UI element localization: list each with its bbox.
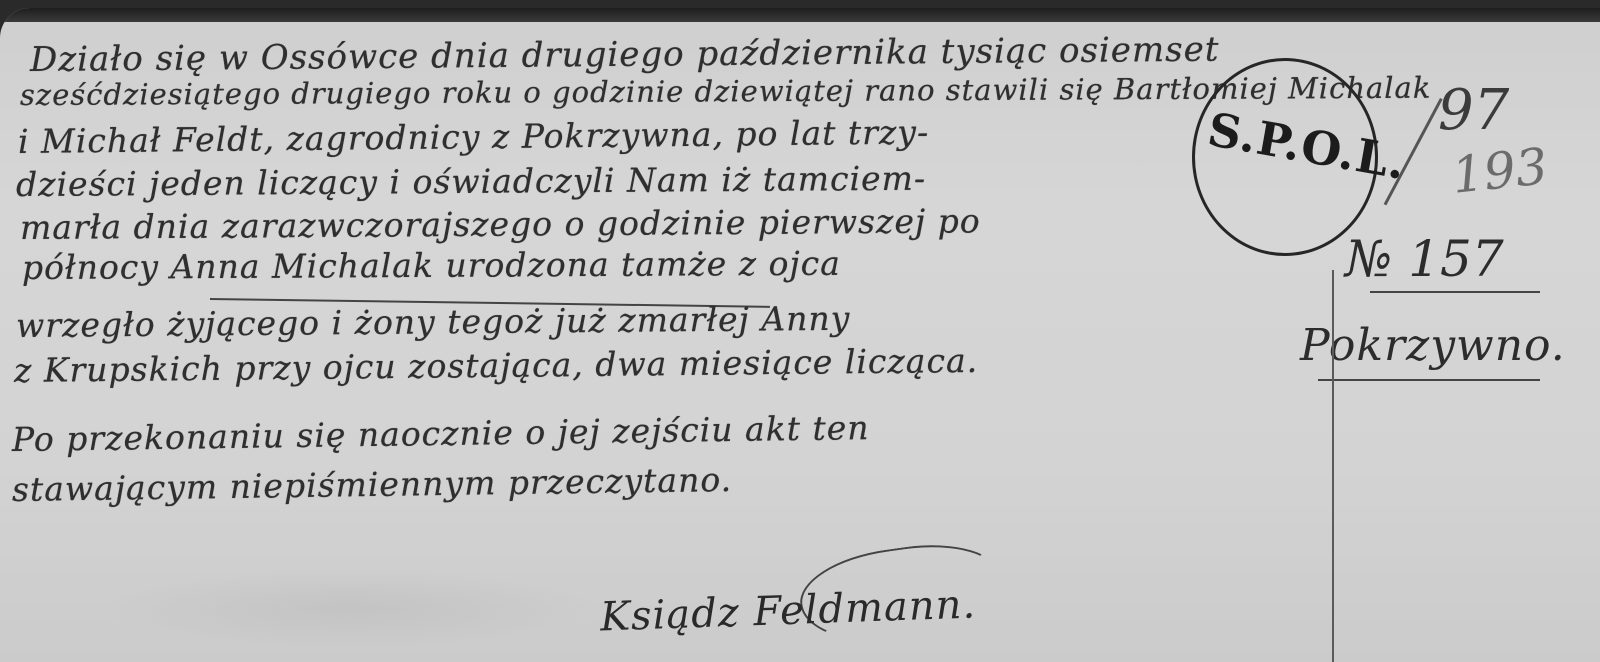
entry-number: № 157 [1345,230,1504,288]
margin-divider [1332,270,1334,662]
place-name: Pokrzywno. [1300,320,1566,371]
entry-line-10: stawającym niepiśmiennym przeczytano. [12,460,733,509]
entry-line-5: marła dnia zarazwczorajszego o godzinie … [20,201,981,247]
entry-body: Działo się w Ossówce dnia drugiego paźdz… [0,8,1320,662]
folio-number-bottom: 193 [1449,137,1550,205]
entry-line-4: dzieści jeden liczący i oświadczyli Nam … [16,159,926,204]
entry-line-7: wrzegło żyjącego i żony tegoż już zmarłe… [16,299,851,345]
entry-line-8: z Krupskich przy ojcu zostająca, dwa mie… [14,341,979,390]
entry-line-3: i Michał Feldt, zagrodnicy z Pokrzywna, … [18,112,930,161]
entry-number-rule [1370,291,1540,293]
official-stamp: S.P.O.L. [1192,58,1378,256]
register-page: Działo się w Ossówce dnia drugiego paźdz… [0,8,1600,662]
entry-line-9: Po przekonaniu się naocznie o jej zejści… [12,408,870,459]
ink-bleed [100,568,600,648]
place-name-rule [1318,379,1540,381]
folio-number-top: 97 [1438,78,1509,143]
entry-line-6: północy Anna Michalak urodzona tamże z o… [22,244,841,287]
stamp-text: S.P.O.L. [1204,102,1411,190]
